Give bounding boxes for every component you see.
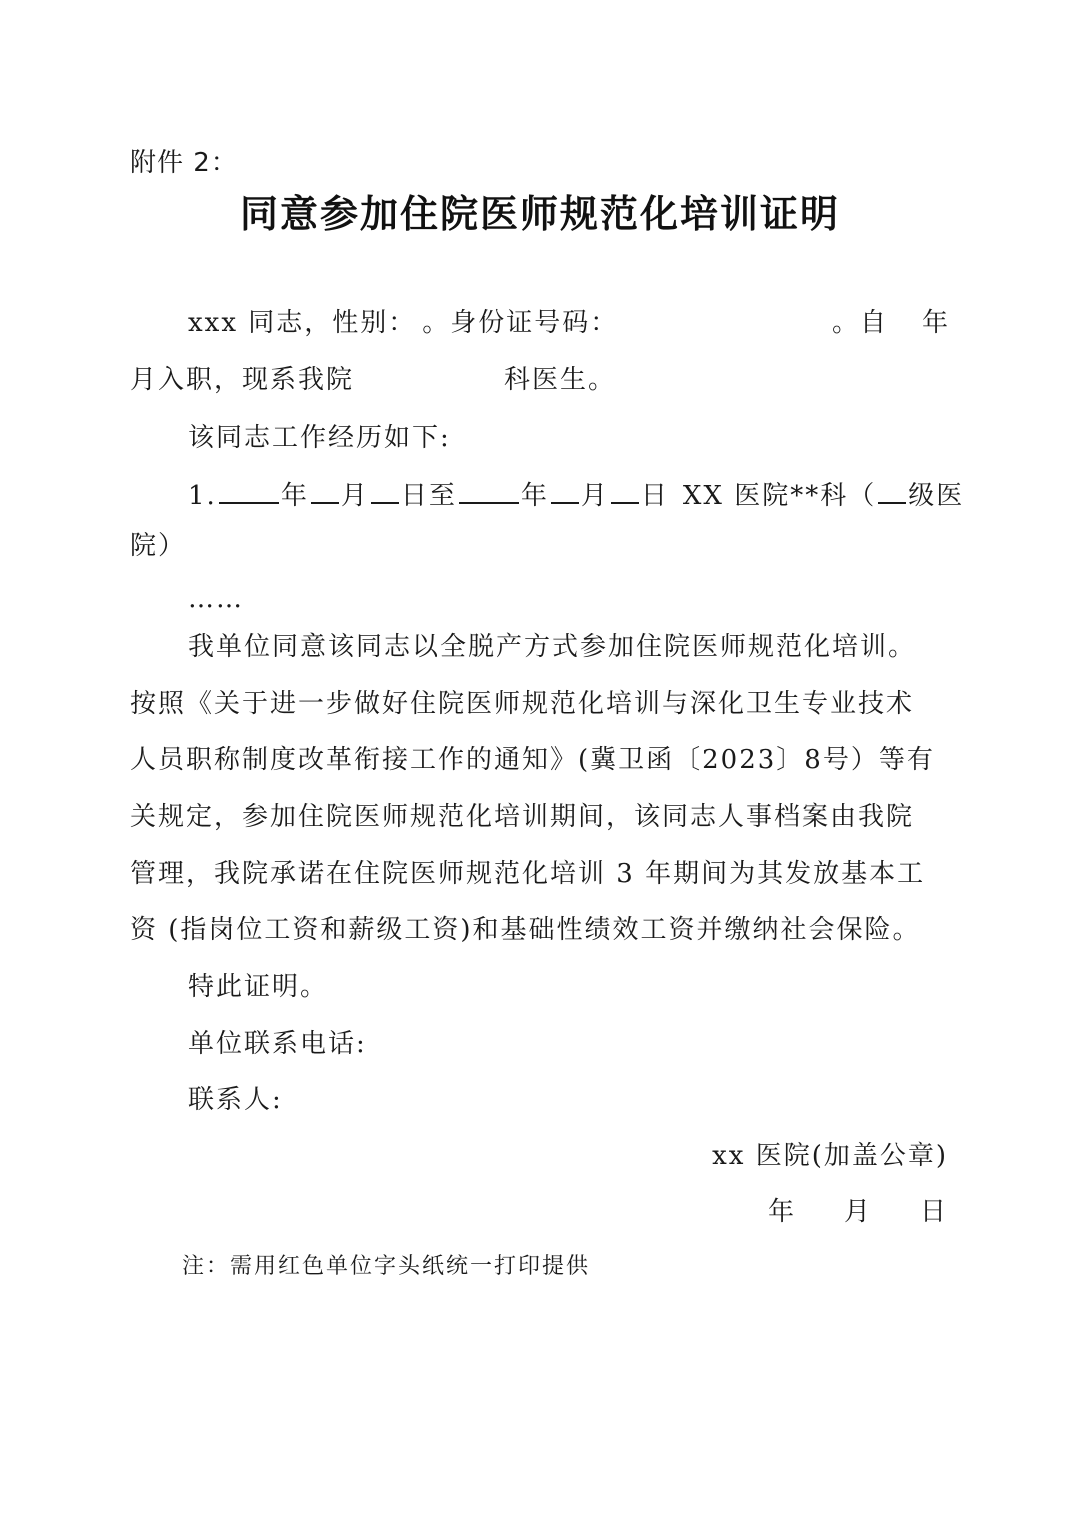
experience-ellipsis: …… (188, 582, 1008, 616)
body-line-1: 我单位同意该同志以全脱产方式参加住院医师规范化培训。 (188, 630, 1008, 664)
hospital-dept-text: XX 医院**科（ (683, 481, 876, 511)
intro-line-1: xxx 同志，性别：。身份证号码： 。自年 (188, 306, 950, 340)
experience-item-1-continuation: 院） (130, 529, 950, 563)
signature-date: 年月日 (768, 1195, 948, 1229)
year-label: 年 (922, 308, 950, 338)
blank-field (611, 480, 639, 504)
blank-field (459, 480, 519, 504)
document-page: 附件 2： 同意参加住院医师规范化培训证明 xxx 同志，性别：。身份证号码： … (0, 0, 1080, 1527)
since-label: 。自 (832, 308, 888, 338)
department-label: 科医生。 (504, 365, 616, 395)
date-month: 月 (844, 1195, 872, 1229)
experience-item-1: 1.年月日至年月日XX 医院**科（级医 (188, 479, 950, 513)
body-line-4: 关规定，参加住院医师规范化培训期间，该同志人事档案由我院 (130, 800, 950, 834)
id-number-label: 。身份证号码： (422, 308, 618, 338)
attachment-label: 附件 2： (130, 146, 238, 180)
date-year: 年 (768, 1195, 796, 1229)
signature-seal: xx 医院(加盖公章) (712, 1139, 948, 1173)
body-line-2: 按照《关于进一步做好住院医师规范化培训与深化卫生专业技术 (130, 687, 950, 721)
contact-phone-label: 单位联系电话: (188, 1027, 1008, 1061)
blank-field (878, 480, 906, 504)
contact-person-label: 联系人: (188, 1083, 1008, 1117)
intro-line-2: 月入职，现系我院科医生。 (130, 363, 950, 397)
body-line-5: 管理，我院承诺在住院医师规范化培训 3 年期间为其发放基本工 (130, 857, 950, 891)
date-day: 日 (920, 1195, 948, 1229)
footnote: 注：需用红色单位字头纸统一打印提供 (182, 1252, 590, 1282)
blank-field (551, 480, 579, 504)
blank-field (311, 480, 339, 504)
blank-field (219, 480, 279, 504)
name-gender-label: xxx 同志，性别： (188, 308, 416, 338)
document-title: 同意参加住院医师规范化培训证明 (0, 190, 1080, 238)
join-label: 月入职，现系我院 (130, 365, 354, 395)
body-line-6: 资 (指岗位工资和薪级工资)和基础性绩效工资并缴纳社会保险。 (130, 913, 950, 947)
body-line-3: 人员职称制度改革衔接工作的通知》(冀卫函〔2023〕8号）等有 (130, 743, 950, 777)
blank-field (371, 480, 399, 504)
closing-text: 特此证明。 (188, 970, 1008, 1004)
experience-heading: 该同志工作经历如下: (188, 421, 1008, 455)
